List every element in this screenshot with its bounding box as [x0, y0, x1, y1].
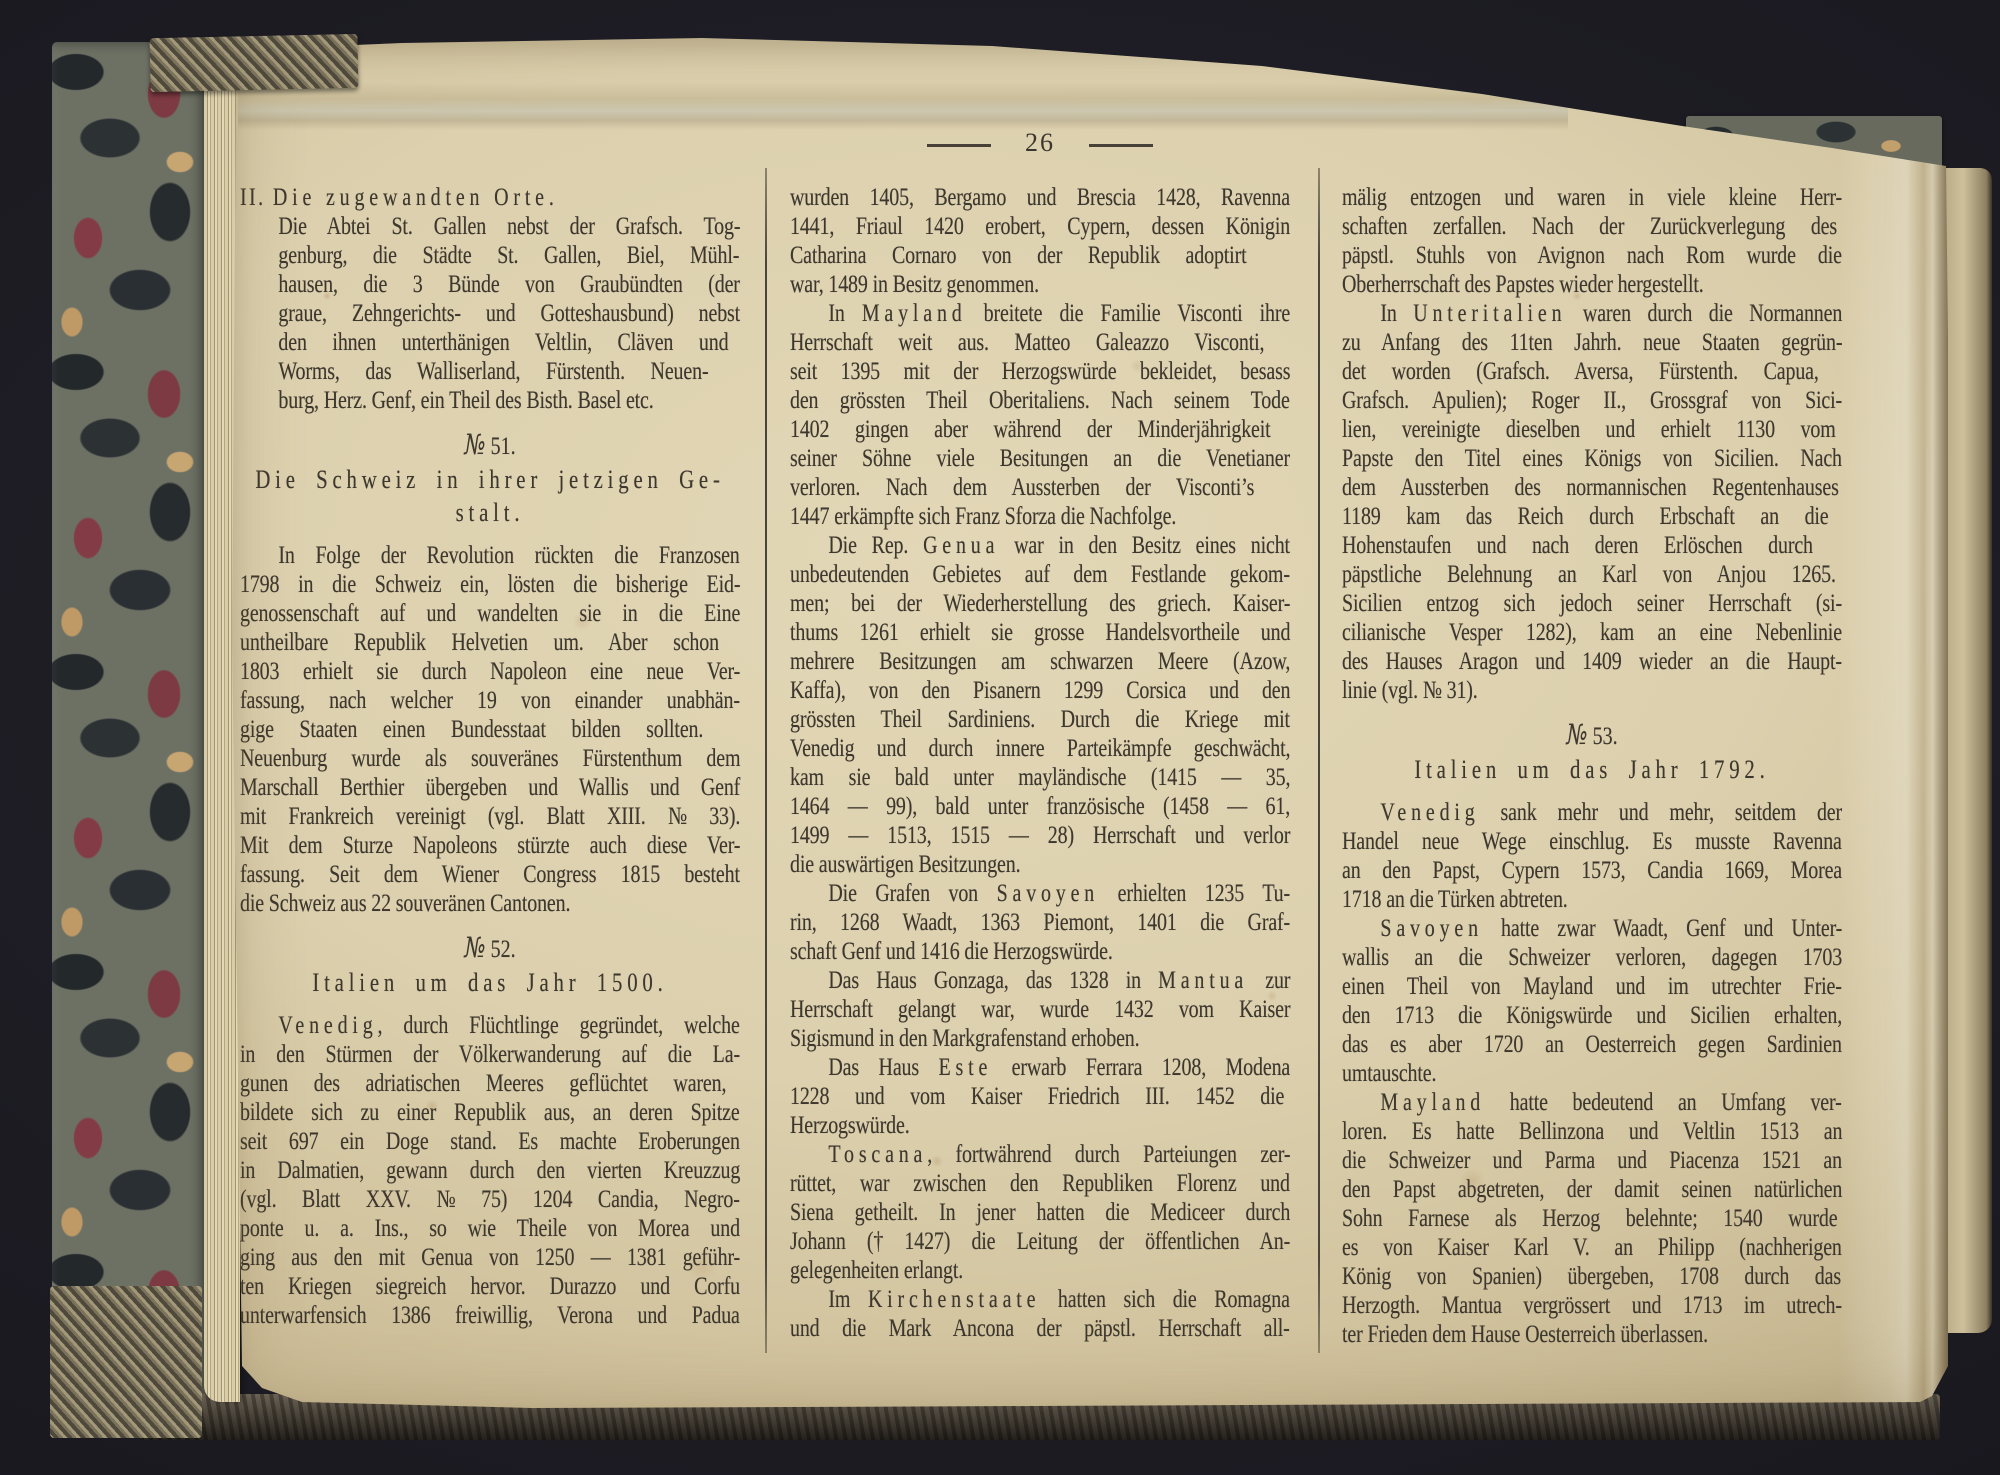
- letter-spaced-word: Mantua: [1158, 967, 1248, 994]
- text-line: (vgl. Blatt XXV. № 75) 1204 Candia, Negr…: [240, 1185, 740, 1214]
- text-line: Sigismund in den Markgrafenstand erhoben…: [790, 1024, 1290, 1053]
- text-line: mälig entzogen und waren in viele kleine…: [1342, 183, 1842, 212]
- text-line: Kaffa), von den Pisanern 1299 Corsica un…: [790, 676, 1290, 705]
- text-line: 1803 erhielt sie durch Napoleon eine neu…: [240, 657, 740, 686]
- cover-cloth-corner-top-left: [149, 34, 358, 92]
- section-number: № 51.: [240, 430, 740, 461]
- text-line: Venedig, durch Flüchtlinge gegründet, we…: [240, 1011, 740, 1040]
- text-line: genburg, die Städte St. Gallen, Biel, Mü…: [240, 241, 740, 270]
- marbled-cover-edge-left: [52, 42, 210, 1434]
- paragraph: Die Abtei St. Gallen nebst der Grafsch. …: [240, 212, 740, 415]
- text-column-right: mälig entzogen und waren in viele kleine…: [1342, 183, 1842, 1349]
- text-line: ging aus den mit Genua von 1250 — 1381 g…: [240, 1243, 740, 1272]
- text-line: die Schweizer und Parma und Piacenza 152…: [1342, 1146, 1842, 1175]
- text-line: Das Haus Gonzaga, das 1328 in Mantua zur: [790, 966, 1290, 995]
- text-line: umtauschte.: [1342, 1059, 1842, 1088]
- column-divider-right: [1318, 168, 1320, 1353]
- text-line: Herrschaft weit aus. Matteo Galeazzo Vis…: [790, 328, 1290, 357]
- text-line: Die Rep. Genua war in den Besitz eines n…: [790, 531, 1290, 560]
- letter-spaced-word: Este: [939, 1054, 993, 1081]
- cover-cloth-corner-bottom-left: [50, 1286, 202, 1438]
- paragraph: Venedig sank mehr und mehr, seitdem derH…: [1342, 798, 1842, 914]
- text-line: schaft Genf und 1416 die Herzogswürde.: [790, 937, 1290, 966]
- numero-sign: №: [464, 931, 485, 964]
- text-line: 1441, Friaul 1420 erobert, Cypern, desse…: [790, 212, 1290, 241]
- paragraph: Im Kirchenstaate hatten sich die Romagna…: [790, 1285, 1290, 1343]
- section-title-line: stalt.: [240, 496, 740, 529]
- paragraph: Toscana, fortwährend durch Parteiungen z…: [790, 1140, 1290, 1285]
- text-line: loren. Es hatte Bellinzona und Veltlin 1…: [1342, 1117, 1842, 1146]
- text-line: päpstl. Stuhls von Avignon nach Rom wurd…: [1342, 241, 1842, 270]
- letter-spaced-word: Die zugewandten Orte.: [273, 184, 559, 211]
- text-line: Papste den Titel eines Königs von Sicili…: [1342, 444, 1842, 473]
- text-line: Worms, das Walliserland, Fürstenth. Neue…: [240, 357, 740, 386]
- section-title: Die Schweiz in ihrer jetzigen Ge-stalt.: [240, 463, 740, 529]
- text-line: gunen des adriatischen Meeres geflüchtet…: [240, 1069, 740, 1098]
- text-line: Mayland hatte bedeutend an Umfang ver-: [1342, 1088, 1842, 1117]
- text-line: Siena getheilt. In jener hatten die Medi…: [790, 1198, 1290, 1227]
- paragraph: Die Grafen von Savoyen erhielten 1235 Tu…: [790, 879, 1290, 966]
- text-line: rin, 1268 Waadt, 1363 Piemont, 1401 die …: [790, 908, 1290, 937]
- section-number: № 52.: [240, 933, 740, 964]
- section-title: Italien um das Jahr 1792.: [1342, 753, 1842, 786]
- paragraph: In Unteritalien waren durch die Normanne…: [1342, 299, 1842, 705]
- text-line: rüttet, war zwischen den Republiken Flor…: [790, 1169, 1290, 1198]
- text-column-left: II. Die zugewandten Orte.Die Abtei St. G…: [240, 183, 740, 1330]
- numero-sign: №: [464, 428, 485, 461]
- letter-spaced-word: Unteritalien: [1413, 300, 1566, 327]
- text-line: burg, Herz. Genf, ein Theil des Bisth. B…: [240, 386, 740, 415]
- text-line: und die Mark Ancona der päpstl. Herrscha…: [790, 1314, 1290, 1343]
- text-line: genossenschaft auf und wandelten sie in …: [240, 599, 740, 628]
- text-line: kam sie bald unter mayländische (1415 — …: [790, 763, 1290, 792]
- text-line: wallis an die Schweizer verloren, dagege…: [1342, 943, 1842, 972]
- paragraph: Die Rep. Genua war in den Besitz eines n…: [790, 531, 1290, 879]
- text-line: mehrere Besitzungen am schwarzen Meere (…: [790, 647, 1290, 676]
- text-line: Savoyen hatte zwar Waadt, Genf und Unter…: [1342, 914, 1842, 943]
- text-line: hausen, die 3 Bünde von Graubündten (der: [240, 270, 740, 299]
- header-rule-left: [927, 144, 991, 147]
- page-header: 26: [790, 128, 1290, 158]
- text-line: Neuenburg wurde als souveränes Fürstenth…: [240, 744, 740, 773]
- text-line: 1228 und vom Kaiser Friedrich III. 1452 …: [790, 1082, 1290, 1111]
- text-line: an den Papst, Cypern 1573, Candia 1669, …: [1342, 856, 1842, 885]
- text-line: 1798 in die Schweiz ein, lösten die bish…: [240, 570, 740, 599]
- text-line: unbedeutenden Gebietes auf dem Festlande…: [790, 560, 1290, 589]
- text-line: verloren. Nach dem Aussterben der Viscon…: [790, 473, 1290, 502]
- text-line: Venedig und durch innere Parteikämpfe ge…: [790, 734, 1290, 763]
- text-line: die auswärtigen Besitzungen.: [790, 850, 1290, 879]
- text-line: Mit dem Sturze Napoleons stürzte auch di…: [240, 831, 740, 860]
- text-line: Herrschaft gelangt war, wurde 1432 vom K…: [790, 995, 1290, 1024]
- text-line: dem Aussterben des normannischen Regente…: [1342, 473, 1842, 502]
- text-line: untheilbare Republik Helvetien um. Aber …: [240, 628, 740, 657]
- text-line: 1402 gingen aber während der Minderjähri…: [790, 415, 1290, 444]
- text-line: in Dalmatien, gewann durch den vierten K…: [240, 1156, 740, 1185]
- text-line: seit 1395 mit der Herzogswürde bekleidet…: [790, 357, 1290, 386]
- text-line: seiner Söhne viele Besitungen an die Ven…: [790, 444, 1290, 473]
- text-line: men; bei der Wiederherstellung des griec…: [790, 589, 1290, 618]
- letter-spaced-word: Kirchenstaate: [868, 1286, 1040, 1313]
- text-line: Toscana, fortwährend durch Parteiungen z…: [790, 1140, 1290, 1169]
- letter-spaced-word: Venedig: [278, 1012, 377, 1039]
- text-line: zu Anfang des 11ten Jahrh. neue Staaten …: [1342, 328, 1842, 357]
- text-line: Die Grafen von Savoyen erhielten 1235 Tu…: [790, 879, 1290, 908]
- text-line: Catharina Cornaro von der Republik adopt…: [790, 241, 1290, 270]
- text-line: Hohenstaufen und nach deren Erlöschen du…: [1342, 531, 1842, 560]
- text-line: unterwarfensich 1386 freiwillig, Verona …: [240, 1301, 740, 1330]
- text-line: Oberherrschaft des Papstes wieder herges…: [1342, 270, 1842, 299]
- paragraph: Das Haus Este erwarb Ferrara 1208, Moden…: [790, 1053, 1290, 1140]
- letter-spaced-word: Mayland: [1380, 1089, 1485, 1116]
- text-line: einen Theil von Mayland und im utrechter…: [1342, 972, 1842, 1001]
- letter-spaced-word: Venedig: [1380, 799, 1479, 826]
- text-line: thums 1261 erhielt sie grosse Handelsvor…: [790, 618, 1290, 647]
- text-line: grössten Theil Sardiniens. Durch die Kri…: [790, 705, 1290, 734]
- text-line: das es aber 1720 an Oesterreich gegen Sa…: [1342, 1030, 1842, 1059]
- letter-spaced-word: Mayland: [862, 300, 967, 327]
- text-line: Die Abtei St. Gallen nebst der Grafsch. …: [240, 212, 740, 241]
- text-line: in den Stürmen der Völkerwanderung auf d…: [240, 1040, 740, 1069]
- text-line: Herzogswürde.: [790, 1111, 1290, 1140]
- text-line: Herzogth. Mantua vergrössert und 1713 im…: [1342, 1291, 1842, 1320]
- section-title: Italien um das Jahr 1500.: [240, 966, 740, 999]
- paragraph: mälig entzogen und waren in viele kleine…: [1342, 183, 1842, 299]
- text-line: den 1713 die Königswürde und Sicilien er…: [1342, 1001, 1842, 1030]
- section-number: № 53.: [1342, 720, 1842, 751]
- letter-spaced-word: Savoyen: [1380, 915, 1482, 942]
- text-line: des Hauses Aragon und 1409 wieder an die…: [1342, 647, 1842, 676]
- numero-sign: №: [1566, 718, 1587, 751]
- text-line: graue, Zehngerichts- und Gotteshausbund)…: [240, 299, 740, 328]
- text-line: In Mayland breitete die Familie Visconti…: [790, 299, 1290, 328]
- text-line: cilianische Vesper 1282), kam an eine Ne…: [1342, 618, 1842, 647]
- letter-spaced-word: Savoyen: [997, 880, 1099, 907]
- text-line: Handel neue Wege einschlug. Es musste Ra…: [1342, 827, 1842, 856]
- section-title-line: Italien um das Jahr 1500.: [240, 966, 740, 999]
- text-line: linie (vgl. № 31).: [1342, 676, 1842, 705]
- text-line: mit Frankreich vereinigt (vgl. Blatt XII…: [240, 802, 740, 831]
- text-line: gige Staaten einen Bundesstaat bilden so…: [240, 715, 740, 744]
- text-line: die Schweiz aus 22 souveränen Cantonen.: [240, 889, 740, 918]
- section-title-line: Die Schweiz in ihrer jetzigen Ge-: [240, 463, 740, 496]
- text-line: Sohn Farnese als Herzog belehnte; 1540 w…: [1342, 1204, 1842, 1233]
- underlying-page-edge-right: [1944, 168, 1992, 1333]
- text-line: Grafsch. Apulien); Roger II., Grossgraf …: [1342, 386, 1842, 415]
- text-line: 1464 — 99), bald unter französische (145…: [790, 792, 1290, 821]
- text-line: det worden (Grafsch. Aversa, Fürstenth. …: [1342, 357, 1842, 386]
- text-line: war, 1489 in Besitz genommen.: [790, 270, 1290, 299]
- paragraph: wurden 1405, Bergamo und Brescia 1428, R…: [790, 183, 1290, 299]
- text-line: ponte u. a. Ins., so wie Theile von More…: [240, 1214, 740, 1243]
- text-line: 1499 — 1513, 1515 — 28) Herrschaft und v…: [790, 821, 1290, 850]
- text-line: den Papst abgetreten, der damit seinen n…: [1342, 1175, 1842, 1204]
- text-line: König von Spanien) übergeben, 1708 durch…: [1342, 1262, 1842, 1291]
- text-line: den grössten Theil Oberitaliens. Nach se…: [790, 386, 1290, 415]
- paragraph: In Mayland breitete die Familie Visconti…: [790, 299, 1290, 531]
- heading-line: II. Die zugewandten Orte.: [240, 183, 740, 212]
- text-line: Marschall Berthier übergeben und Wallis …: [240, 773, 740, 802]
- text-line: Sicilien entzog sich jedoch seiner Herrs…: [1342, 589, 1842, 618]
- letter-spaced-word: Toscana: [828, 1141, 927, 1168]
- text-line: wurden 1405, Bergamo und Brescia 1428, R…: [790, 183, 1290, 212]
- text-line: seit 697 ein Doge stand. Es machte Erobe…: [240, 1127, 740, 1156]
- text-line: lien, vereinigte dieselben und erhielt 1…: [1342, 415, 1842, 444]
- paragraph: Savoyen hatte zwar Waadt, Genf und Unter…: [1342, 914, 1842, 1088]
- book-page: 26 II. Die zugewandten Orte.Die Abtei St…: [232, 36, 1948, 1408]
- text-line: päpstliche Belehnung an Karl von Anjou 1…: [1342, 560, 1842, 589]
- page-number: 26: [1025, 128, 1055, 158]
- text-line: Das Haus Este erwarb Ferrara 1208, Moden…: [790, 1053, 1290, 1082]
- text-column-middle: wurden 1405, Bergamo und Brescia 1428, R…: [790, 183, 1290, 1343]
- text-line: Johann († 1427) die Leitung der öffentli…: [790, 1227, 1290, 1256]
- paragraph: In Folge der Revolution rückten die Fran…: [240, 541, 740, 918]
- page-fold-highlight: [1838, 36, 1948, 1408]
- page-top-edge-shadow: [238, 82, 1568, 130]
- text-line: Im Kirchenstaate hatten sich die Romagna: [790, 1285, 1290, 1314]
- text-line: es von Kaiser Karl V. an Philipp (nachhe…: [1342, 1233, 1842, 1262]
- text-line: bildete sich zu einer Republik aus, an d…: [240, 1098, 740, 1127]
- text-line: den ihnen unterthänigen Veltlin, Cläven …: [240, 328, 740, 357]
- paragraph: Mayland hatte bedeutend an Umfang ver-lo…: [1342, 1088, 1842, 1349]
- text-line: 1189 kam das Reich durch Erbschaft an di…: [1342, 502, 1842, 531]
- text-line: In Folge der Revolution rückten die Fran…: [240, 541, 740, 570]
- text-line: gelegenheiten erlangt.: [790, 1256, 1290, 1285]
- column-divider-left: [765, 168, 767, 1353]
- text-line: ter Frieden dem Hause Oesterreich überla…: [1342, 1320, 1842, 1349]
- text-line: fassung. Seit dem Wiener Congress 1815 b…: [240, 860, 740, 889]
- text-line: fassung, nach welcher 19 von einander un…: [240, 686, 740, 715]
- paragraph: Venedig, durch Flüchtlinge gegründet, we…: [240, 1011, 740, 1330]
- text-line: ten Kriegen siegreich hervor. Durazzo un…: [240, 1272, 740, 1301]
- photo-backdrop: 26 II. Die zugewandten Orte.Die Abtei St…: [0, 0, 2000, 1475]
- text-line: schaften zerfallen. Nach der Zurückverle…: [1342, 212, 1842, 241]
- header-rule-right: [1089, 144, 1153, 147]
- section-title-line: Italien um das Jahr 1792.: [1342, 753, 1842, 786]
- text-line: 1718 an die Türken abtreten.: [1342, 885, 1842, 914]
- paragraph: Das Haus Gonzaga, das 1328 in Mantua zur…: [790, 966, 1290, 1053]
- text-line: 1447 erkämpfte sich Franz Sforza die Nac…: [790, 502, 1290, 531]
- letter-spaced-word: Genua: [923, 532, 999, 559]
- text-line: Venedig sank mehr und mehr, seitdem der: [1342, 798, 1842, 827]
- text-line: In Unteritalien waren durch die Normanne…: [1342, 299, 1842, 328]
